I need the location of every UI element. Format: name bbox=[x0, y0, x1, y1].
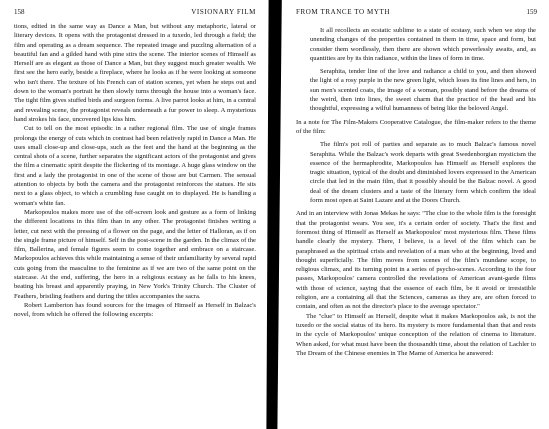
left-running-head: VISIONARY FILM bbox=[191, 8, 256, 16]
block-quote: The film's pot roll of parties and separ… bbox=[310, 140, 536, 205]
left-page-number: 158 bbox=[14, 8, 25, 16]
paragraph: tions, edited in the same way as Dance a… bbox=[14, 22, 256, 124]
quote-paragraph: It all recollects an ecstatic sublime to… bbox=[310, 26, 536, 63]
quote-paragraph: The film's pot roll of parties and separ… bbox=[310, 140, 536, 205]
right-running-head: FROM TRANCE TO MYTH bbox=[296, 8, 390, 16]
paragraph: Robert Lamberton has found sources for t… bbox=[14, 301, 256, 320]
paragraph: Markopoulos makes more use of the off-sc… bbox=[14, 208, 256, 301]
block-quote: It all recollects an ecstatic sublime to… bbox=[310, 26, 536, 114]
paragraph: And in an interview with Jonas Mekas he … bbox=[296, 209, 536, 311]
right-page-number: 159 bbox=[527, 8, 538, 16]
paragraph: In a note for The Film-Makers Cooperativ… bbox=[296, 118, 536, 137]
left-page: 158 VISIONARY FILM tions, edited in the … bbox=[0, 0, 268, 429]
right-page: FROM TRANCE TO MYTH 159 It all recollect… bbox=[282, 0, 549, 429]
quote-paragraph: Seraphita, tender line of the love and r… bbox=[310, 67, 536, 113]
paragraph: Cut to tell on the most episodic in a ra… bbox=[14, 124, 256, 208]
left-body-text: tions, edited in the same way as Dance a… bbox=[14, 22, 256, 320]
right-body-text: It all recollects an ecstatic sublime to… bbox=[296, 22, 536, 358]
paragraph: The "clue" to Himself as Herself, despit… bbox=[296, 312, 536, 358]
